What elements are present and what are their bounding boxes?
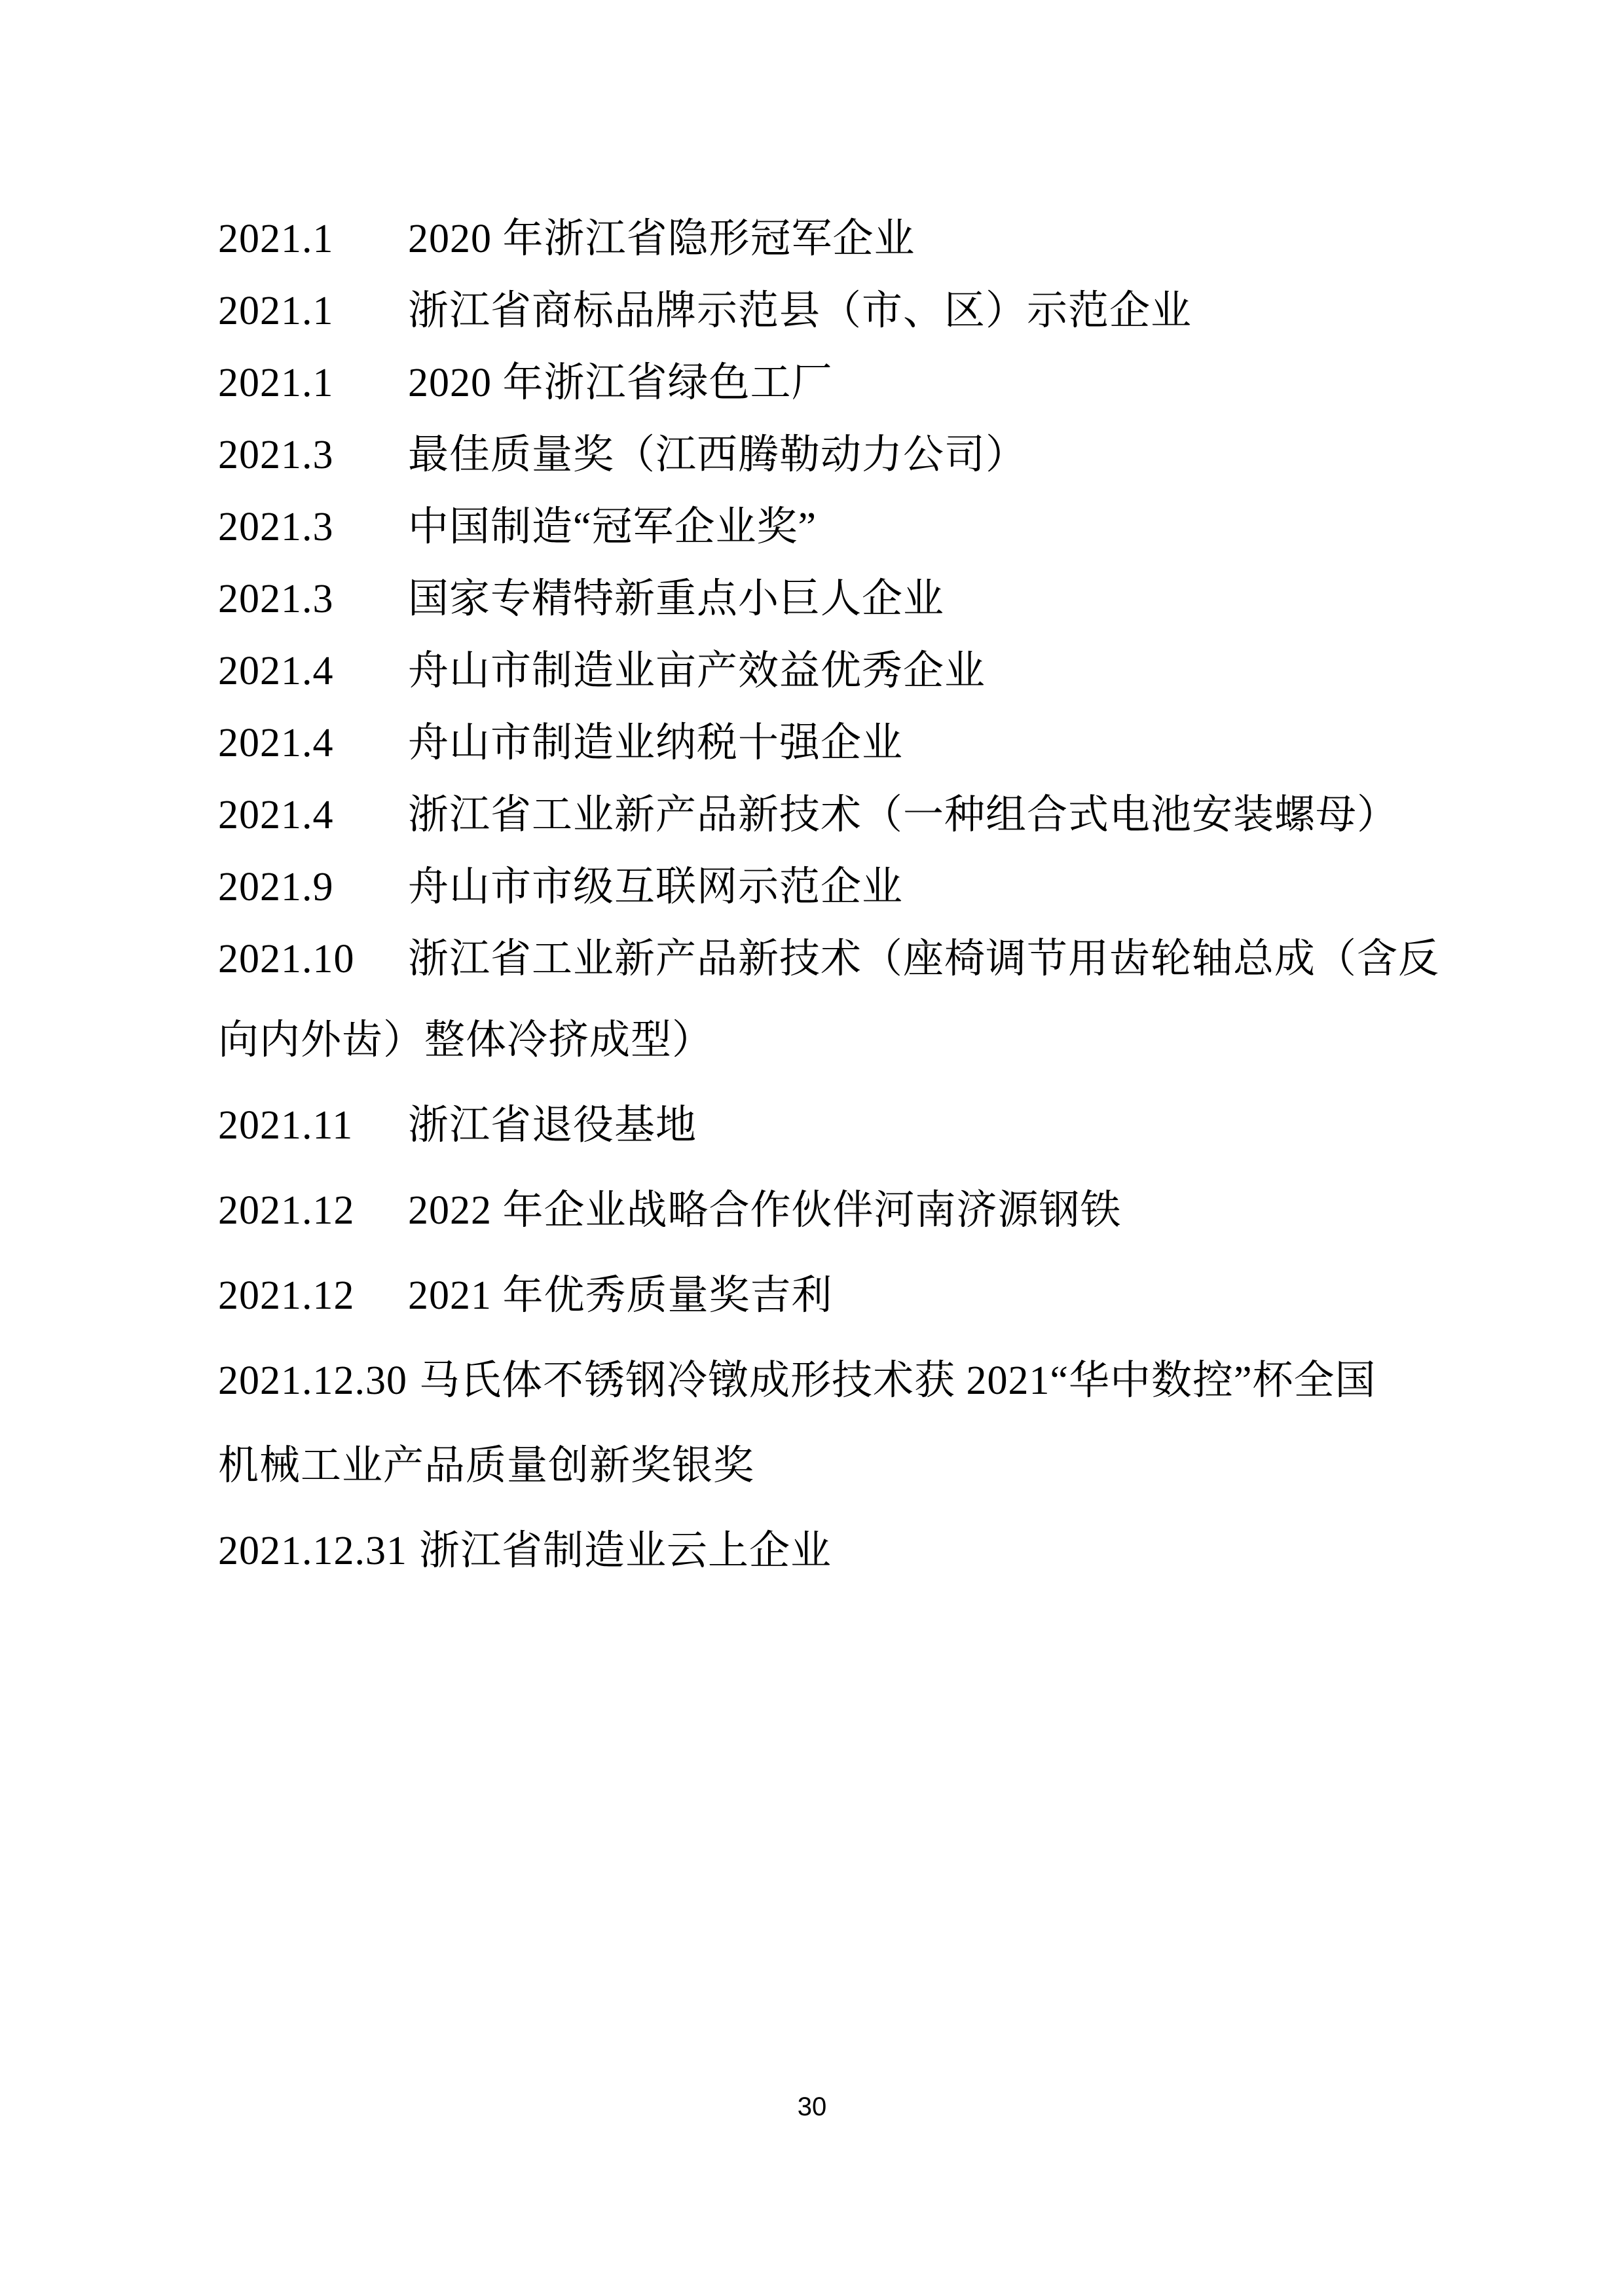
award-text: 舟山市制造业亩产效益优秀企业 bbox=[408, 649, 986, 693]
award-entry: 2021.4浙江省工业新产品新技术（一种组合式电池安装螺母） bbox=[218, 795, 1398, 835]
award-text: 2020 年浙江省隐形冠军企业 bbox=[408, 217, 915, 261]
document-page: 2021.12020 年浙江省隐形冠军企业2021.1浙江省商标品牌示范县（市、… bbox=[0, 0, 1624, 2296]
award-date: 2021.4 bbox=[218, 795, 408, 835]
award-entry: 2021.12.30马氏体不锈钢冷镦成形技术获 2021“华中数控”杯全国 bbox=[218, 1360, 1376, 1401]
award-entry: 2021.122022 年企业战略合作伙伴河南济源钢铁 bbox=[218, 1190, 1122, 1231]
award-text: 2022 年企业战略合作伙伴河南济源钢铁 bbox=[408, 1188, 1122, 1233]
award-text: 浙江省工业新产品新技术（一种组合式电池安装螺母） bbox=[408, 793, 1398, 837]
award-date: 2021.12.31 bbox=[218, 1531, 407, 1571]
award-date: 2021.12.30 bbox=[218, 1360, 407, 1401]
award-date: 2021.4 bbox=[218, 723, 408, 763]
award-entry: 2021.3国家专精特新重点小巨人企业 bbox=[218, 579, 944, 619]
page-number: 30 bbox=[0, 2094, 1624, 2120]
award-entry: 2021.122021 年优秀质量奖吉利 bbox=[218, 1275, 833, 1316]
awards-list: 2021.12020 年浙江省隐形冠军企业2021.1浙江省商标品牌示范县（市、… bbox=[0, 0, 1624, 2296]
award-entry-continuation: 机械工业产品质量创新奖银奖 bbox=[218, 1446, 754, 1486]
award-entry: 2021.11浙江省退役基地 bbox=[218, 1105, 697, 1146]
award-text: 2020 年浙江省绿色工厂 bbox=[408, 361, 833, 405]
award-entry-continuation: 向内外齿）整体冷挤成型） bbox=[218, 1020, 713, 1061]
award-date: 2021.10 bbox=[218, 939, 408, 979]
award-text: 2021 年优秀质量奖吉利 bbox=[408, 1273, 833, 1318]
award-date: 2021.1 bbox=[218, 363, 408, 403]
award-entry: 2021.3中国制造“冠军企业奖” bbox=[218, 507, 817, 547]
award-entry: 2021.1浙江省商标品牌示范县（市、区）示范企业 bbox=[218, 291, 1192, 331]
award-entry: 2021.3最佳质量奖（江西腾勒动力公司） bbox=[218, 435, 1027, 475]
award-text: 机械工业产品质量创新奖银奖 bbox=[218, 1444, 754, 1488]
award-text: 浙江省退役基地 bbox=[408, 1103, 697, 1148]
award-text: 最佳质量奖（江西腾勒动力公司） bbox=[408, 433, 1027, 477]
award-text: 舟山市市级互联网示范企业 bbox=[408, 865, 903, 909]
award-entry: 2021.10浙江省工业新产品新技术（座椅调节用齿轮轴总成（含反 bbox=[218, 939, 1439, 979]
award-date: 2021.3 bbox=[218, 579, 408, 619]
award-date: 2021.1 bbox=[218, 219, 408, 259]
award-text: 浙江省工业新产品新技术（座椅调节用齿轮轴总成（含反 bbox=[408, 937, 1439, 981]
award-entry: 2021.12020 年浙江省绿色工厂 bbox=[218, 363, 833, 403]
award-entry: 2021.12.31浙江省制造业云上企业 bbox=[218, 1531, 832, 1571]
award-text: 舟山市制造业纳税十强企业 bbox=[408, 721, 903, 765]
award-entry: 2021.9舟山市市级互联网示范企业 bbox=[218, 867, 903, 907]
award-text: 马氏体不锈钢冷镦成形技术获 2021“华中数控”杯全国 bbox=[419, 1358, 1376, 1403]
award-date: 2021.12 bbox=[218, 1275, 408, 1316]
award-date: 2021.11 bbox=[218, 1105, 408, 1146]
award-entry: 2021.12020 年浙江省隐形冠军企业 bbox=[218, 219, 915, 259]
award-text: 浙江省商标品牌示范县（市、区）示范企业 bbox=[408, 289, 1192, 333]
award-date: 2021.12 bbox=[218, 1190, 408, 1231]
award-date: 2021.4 bbox=[218, 651, 408, 691]
award-text: 向内外齿）整体冷挤成型） bbox=[218, 1018, 713, 1063]
award-text: 国家专精特新重点小巨人企业 bbox=[408, 577, 944, 621]
award-date: 2021.3 bbox=[218, 507, 408, 547]
award-date: 2021.3 bbox=[218, 435, 408, 475]
award-entry: 2021.4舟山市制造业纳税十强企业 bbox=[218, 723, 903, 763]
award-date: 2021.9 bbox=[218, 867, 408, 907]
award-date: 2021.1 bbox=[218, 291, 408, 331]
award-entry: 2021.4舟山市制造业亩产效益优秀企业 bbox=[218, 651, 986, 691]
award-text: 浙江省制造业云上企业 bbox=[419, 1529, 832, 1573]
award-text: 中国制造“冠军企业奖” bbox=[408, 505, 817, 549]
